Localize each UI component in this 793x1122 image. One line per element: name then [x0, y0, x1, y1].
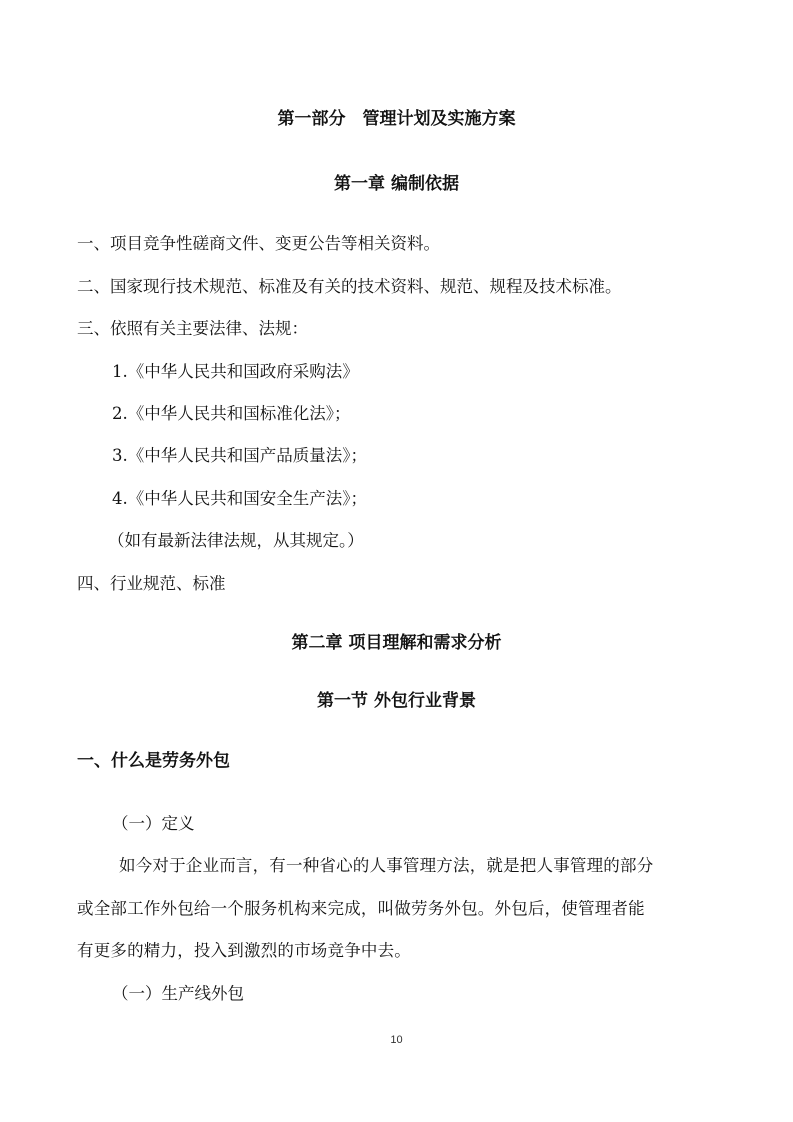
heading-what-is-labor-outsourcing: 一、什么是劳务外包: [77, 750, 230, 772]
section1-title: 第一节 外包行业背景: [0, 690, 793, 712]
law-note: （如有最新法律法规，从其规定。）: [108, 530, 364, 552]
law-item-4: 4.《中华人民共和国安全生产法》；: [112, 488, 367, 510]
basis-item-2: 二、国家现行技术规范、标准及有关的技术资料、规范、规程及技术标准。: [77, 276, 622, 298]
part-title: 第一部分 管理计划及实施方案: [0, 108, 793, 130]
law-item-3: 3.《中华人民共和国产品质量法》；: [112, 445, 367, 467]
law-item-1: 1.《中华人民共和国政府采购法》: [112, 361, 359, 383]
basis-item-3: 三、依照有关主要法律、法规：: [77, 318, 308, 340]
subheading-definition: （一）定义: [112, 813, 195, 835]
chapter1-title: 第一章 编制依据: [0, 173, 793, 195]
basis-item-1: 一、项目竞争性磋商文件、变更公告等相关资料。: [77, 233, 440, 255]
paragraph-line-3: 有更多的精力，投入到激烈的市场竞争中去。: [77, 940, 411, 962]
subheading-production-line: （一）生产线外包: [112, 983, 244, 1005]
paragraph-line-1: 如今对于企业而言，有一种省心的人事管理方法，就是把人事管理的部分: [119, 855, 653, 877]
paragraph-line-2: 或全部工作外包给一个服务机构来完成，叫做劳务外包。外包后，使管理者能: [77, 898, 645, 920]
basis-item-4: 四、行业规范、标准: [77, 573, 226, 595]
chapter2-title: 第二章 项目理解和需求分析: [0, 632, 793, 654]
page-number: 10: [0, 1034, 793, 1046]
law-item-2: 2.《中华人民共和国标准化法》；: [112, 403, 351, 425]
